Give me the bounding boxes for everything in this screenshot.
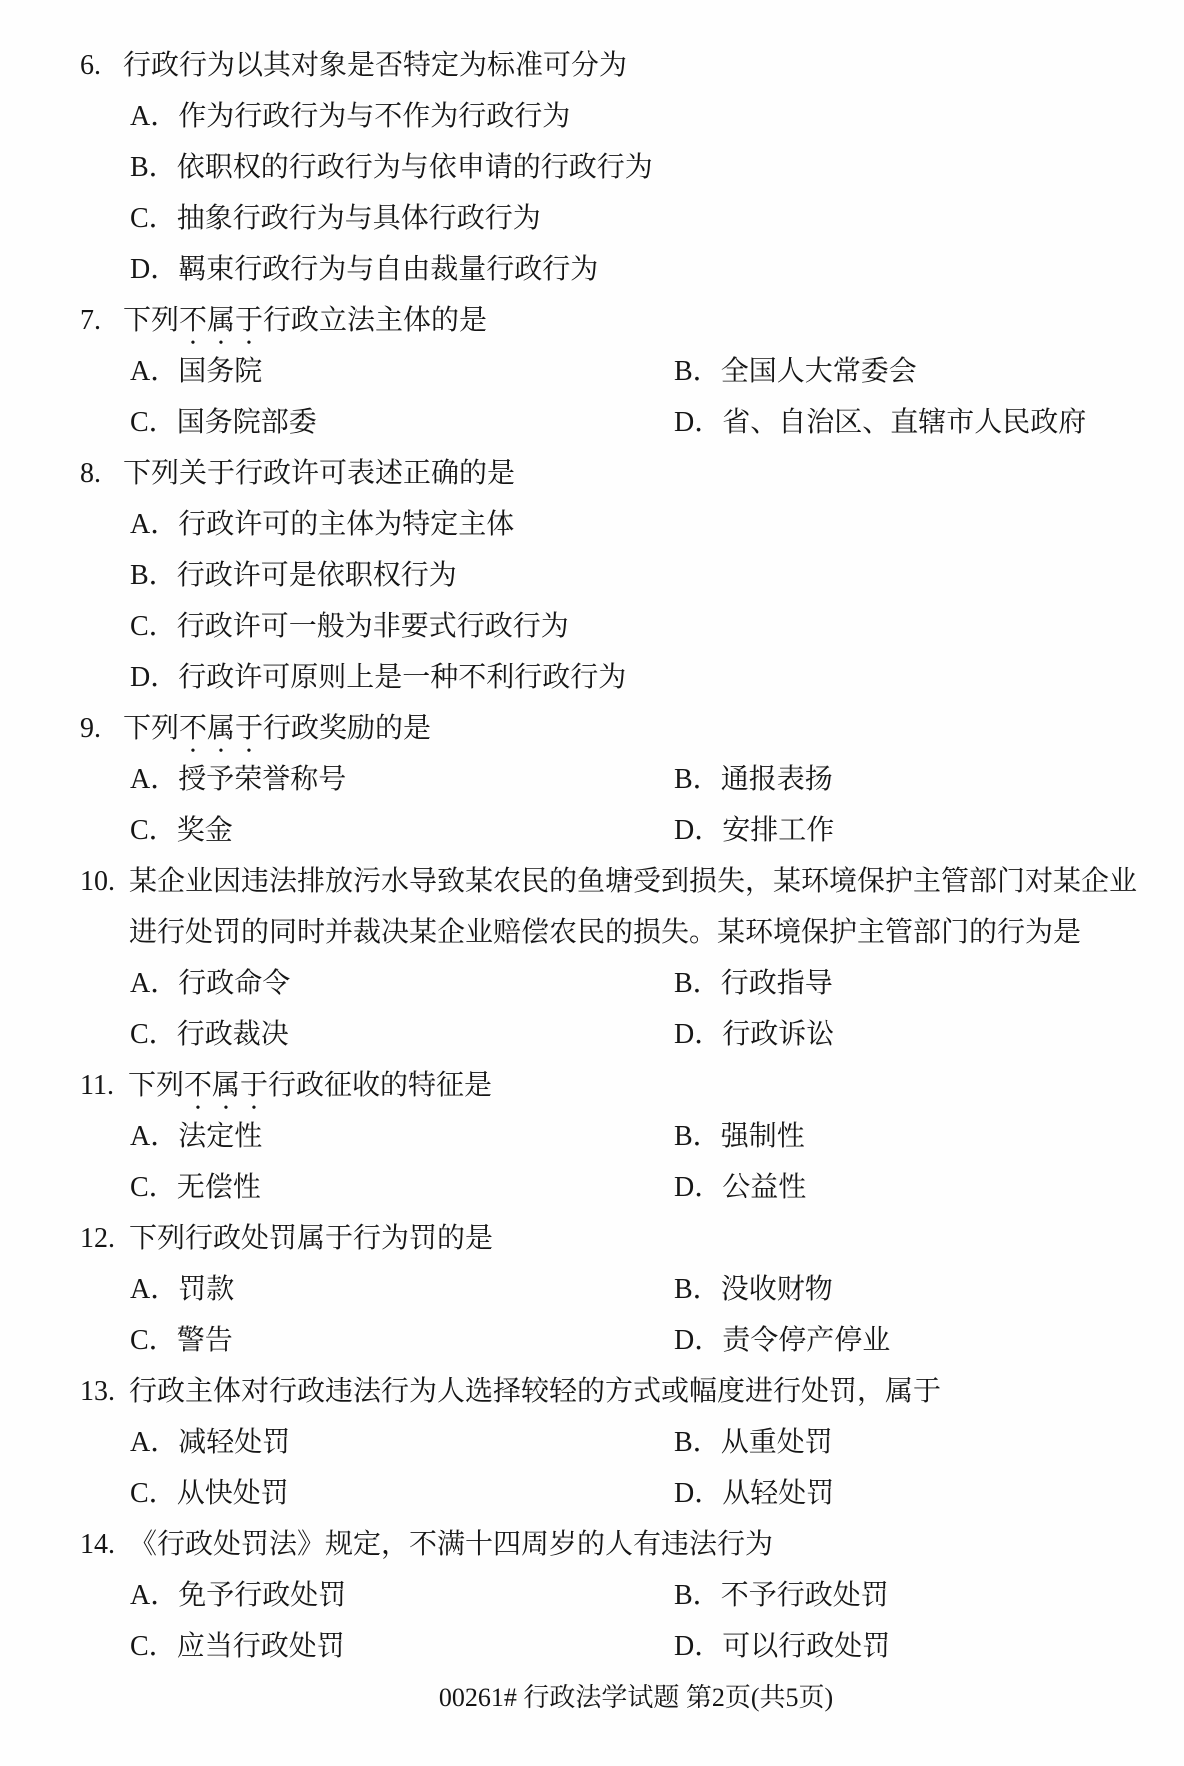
- option-text: 依职权的行政行为与依申请的行政行为: [177, 152, 653, 183]
- option-row: A．作为行政行为与不作为行政行为: [130, 91, 1148, 142]
- option-text: 强制性: [721, 1121, 805, 1152]
- text-segment: 下列: [123, 305, 179, 336]
- option-text: 法定性: [178, 1121, 262, 1152]
- question-item: 8.下列关于行政许可表述正确的是A．行政许可的主体为特定主体B．行政许可是依职权…: [80, 448, 1148, 703]
- answer-option: B．依职权的行政行为与依申请的行政行为: [130, 142, 1148, 193]
- option-label: D．: [130, 652, 178, 703]
- question-text: 下列行政处罚属于行为罚的是: [129, 1213, 1148, 1264]
- question-stem: 13.行政主体对行政违法行为人选择较轻的方式或幅度进行处罚，属于: [80, 1366, 1148, 1417]
- option-row: A．行政许可的主体为特定主体: [130, 499, 1148, 550]
- answer-option: B．从重处罚: [674, 1417, 1148, 1468]
- option-label: A．: [130, 958, 178, 1009]
- option-label: B．: [674, 1111, 721, 1162]
- question-item: 10.某企业因违法排放污水导致某农民的鱼塘受到损失，某环境保护主管部门对某企业进…: [80, 856, 1148, 1060]
- answer-option: A．罚款: [130, 1264, 674, 1315]
- question-text: 下列关于行政许可表述正确的是: [123, 448, 1148, 499]
- option-text: 行政命令: [178, 968, 290, 999]
- option-text: 从轻处罚: [722, 1478, 834, 1509]
- option-label: D．: [674, 1315, 722, 1366]
- options-block: A．法定性B．强制性C．无偿性D．公益性: [130, 1111, 1148, 1213]
- option-text: 警告: [177, 1325, 233, 1356]
- question-item: 7.下列不属于行政立法主体的是A．国务院B．全国人大常委会C．国务院部委D．省、…: [80, 295, 1148, 448]
- answer-option: A．行政许可的主体为特定主体: [130, 499, 1148, 550]
- option-row: C．从快处罚D．从轻处罚: [130, 1468, 1148, 1519]
- option-text: 没收财物: [721, 1274, 833, 1305]
- answer-option: D．省、自治区、直辖市人民政府: [674, 397, 1148, 448]
- option-text: 从快处罚: [177, 1478, 289, 1509]
- text-segment: 《行政处罚法》规定，不满十四周岁的人有违法行为: [129, 1529, 773, 1560]
- question-text: 下列不属于行政征收的特征是: [128, 1060, 1148, 1111]
- question-stem: 10.某企业因违法排放污水导致某农民的鱼塘受到损失，某环境保护主管部门对某企业进…: [80, 856, 1148, 958]
- text-segment: 行政奖励的是: [263, 713, 431, 744]
- question-stem: 7.下列不属于行政立法主体的是: [80, 295, 1148, 346]
- option-text: 安排工作: [722, 815, 834, 846]
- answer-option: C．应当行政处罚: [130, 1621, 674, 1672]
- question-number: 9.: [80, 703, 123, 754]
- text-segment: 下列: [128, 1070, 184, 1101]
- option-row: A．罚款B．没收财物: [130, 1264, 1148, 1315]
- option-label: C．: [130, 601, 177, 652]
- option-label: C．: [130, 193, 177, 244]
- option-label: A．: [130, 1264, 178, 1315]
- question-stem: 8.下列关于行政许可表述正确的是: [80, 448, 1148, 499]
- answer-option: D．从轻处罚: [674, 1468, 1148, 1519]
- question-stem: 14.《行政处罚法》规定，不满十四周岁的人有违法行为: [80, 1519, 1148, 1570]
- question-text-line: 下列不属于行政奖励的是: [123, 703, 1148, 754]
- question-number: 6.: [80, 40, 123, 91]
- answer-option: A．作为行政行为与不作为行政行为: [130, 91, 1148, 142]
- option-label: D．: [674, 1621, 722, 1672]
- option-text: 行政裁决: [177, 1019, 289, 1050]
- answer-option: C．行政许可一般为非要式行政行为: [130, 601, 1148, 652]
- text-segment: 行政立法主体的是: [263, 305, 487, 336]
- option-label: D．: [674, 805, 722, 856]
- page-footer: 00261# 行政法学试题 第2页(共5页): [80, 1672, 1148, 1723]
- option-row: D．行政许可原则上是一种不利行政行为: [130, 652, 1148, 703]
- option-label: B．: [130, 142, 177, 193]
- option-text: 公益性: [722, 1172, 806, 1203]
- question-item: 14.《行政处罚法》规定，不满十四周岁的人有违法行为A．免予行政处罚B．不予行政…: [80, 1519, 1148, 1672]
- option-row: A．减轻处罚B．从重处罚: [130, 1417, 1148, 1468]
- option-label: B．: [130, 550, 177, 601]
- option-label: D．: [674, 1468, 722, 1519]
- option-label: A．: [130, 91, 178, 142]
- option-row: D．羁束行政行为与自由裁量行政行为: [130, 244, 1148, 295]
- text-segment: 某企业因违法排放污水导致某农民的鱼塘受到损失，某环境保护主管部门对某企业: [129, 866, 1137, 897]
- text-segment: 下列: [123, 713, 179, 744]
- answer-option: B．行政指导: [674, 958, 1148, 1009]
- answer-option: D．行政诉讼: [674, 1009, 1148, 1060]
- answer-option: A．国务院: [130, 346, 674, 397]
- question-number: 10.: [80, 856, 129, 907]
- options-block: A．免予行政处罚B．不予行政处罚C．应当行政处罚D．可以行政处罚: [130, 1570, 1148, 1672]
- answer-option: C．行政裁决: [130, 1009, 674, 1060]
- option-row: C．奖金D．安排工作: [130, 805, 1148, 856]
- answer-option: B．强制性: [674, 1111, 1148, 1162]
- options-block: A．作为行政行为与不作为行政行为B．依职权的行政行为与依申请的行政行为C．抽象行…: [130, 91, 1148, 295]
- question-text-line: 下列行政处罚属于行为罚的是: [129, 1213, 1148, 1264]
- question-item: 12.下列行政处罚属于行为罚的是A．罚款B．没收财物C．警告D．责令停产停业: [80, 1213, 1148, 1366]
- options-block: A．授予荣誉称号B．通报表扬C．奖金D．安排工作: [130, 754, 1148, 856]
- option-text: 责令停产停业: [722, 1325, 890, 1356]
- option-label: A．: [130, 499, 178, 550]
- question-item: 6.行政行为以其对象是否特定为标准可分为A．作为行政行为与不作为行政行为B．依职…: [80, 40, 1148, 295]
- option-text: 全国人大常委会: [721, 356, 917, 387]
- option-text: 羁束行政行为与自由裁量行政行为: [178, 254, 598, 285]
- option-text: 应当行政处罚: [177, 1631, 345, 1662]
- option-row: A．行政命令B．行政指导: [130, 958, 1148, 1009]
- option-text: 授予荣誉称号: [178, 764, 346, 795]
- question-stem: 6.行政行为以其对象是否特定为标准可分为: [80, 40, 1148, 91]
- options-block: A．减轻处罚B．从重处罚C．从快处罚D．从轻处罚: [130, 1417, 1148, 1519]
- option-label: C．: [130, 1468, 177, 1519]
- question-text-line: 进行处罚的同时并裁决某企业赔偿农民的损失。某环境保护主管部门的行为是: [129, 907, 1148, 958]
- answer-option: B．不予行政处罚: [674, 1570, 1148, 1621]
- option-label: D．: [130, 244, 178, 295]
- question-text-line: 下列关于行政许可表述正确的是: [123, 448, 1148, 499]
- option-label: B．: [674, 1570, 721, 1621]
- answer-option: B．全国人大常委会: [674, 346, 1148, 397]
- exam-page: 6.行政行为以其对象是否特定为标准可分为A．作为行政行为与不作为行政行为B．依职…: [0, 0, 1184, 1766]
- option-label: C．: [130, 1621, 177, 1672]
- question-item: 9.下列不属于行政奖励的是A．授予荣誉称号B．通报表扬C．奖金D．安排工作: [80, 703, 1148, 856]
- answer-option: C．抽象行政行为与具体行政行为: [130, 193, 1148, 244]
- option-text: 行政指导: [721, 968, 833, 999]
- option-text: 抽象行政行为与具体行政行为: [177, 203, 541, 234]
- options-block: A．罚款B．没收财物C．警告D．责令停产停业: [130, 1264, 1148, 1366]
- answer-option: D．责令停产停业: [674, 1315, 1148, 1366]
- answer-option: D．安排工作: [674, 805, 1148, 856]
- text-segment: 行政征收的特征是: [268, 1070, 492, 1101]
- option-row: C．行政许可一般为非要式行政行为: [130, 601, 1148, 652]
- answer-option: D．公益性: [674, 1162, 1148, 1213]
- option-text: 可以行政处罚: [722, 1631, 890, 1662]
- option-row: C．抽象行政行为与具体行政行为: [130, 193, 1148, 244]
- options-block: A．国务院B．全国人大常委会C．国务院部委D．省、自治区、直辖市人民政府: [130, 346, 1148, 448]
- question-stem: 12.下列行政处罚属于行为罚的是: [80, 1213, 1148, 1264]
- question-stem: 9.下列不属于行政奖励的是: [80, 703, 1148, 754]
- option-text: 省、自治区、直辖市人民政府: [722, 407, 1086, 438]
- option-row: B．行政许可是依职权行为: [130, 550, 1148, 601]
- answer-option: D．行政许可原则上是一种不利行政行为: [130, 652, 1148, 703]
- option-text: 不予行政处罚: [721, 1580, 889, 1611]
- option-label: B．: [674, 346, 721, 397]
- option-text: 减轻处罚: [178, 1427, 290, 1458]
- answer-option: C．国务院部委: [130, 397, 674, 448]
- emphasized-text: 不属于: [184, 1070, 268, 1101]
- option-label: A．: [130, 1570, 178, 1621]
- answer-option: B．通报表扬: [674, 754, 1148, 805]
- answer-option: D．可以行政处罚: [674, 1621, 1148, 1672]
- option-text: 罚款: [178, 1274, 234, 1305]
- option-label: D．: [674, 1162, 722, 1213]
- option-row: C．应当行政处罚D．可以行政处罚: [130, 1621, 1148, 1672]
- question-number: 8.: [80, 448, 123, 499]
- question-text-line: 行政主体对行政违法行为人选择较轻的方式或幅度进行处罚，属于: [129, 1366, 1148, 1417]
- answer-option: C．无偿性: [130, 1162, 674, 1213]
- option-label: C．: [130, 805, 177, 856]
- option-label: B．: [674, 754, 721, 805]
- question-number: 7.: [80, 295, 123, 346]
- question-text: 下列不属于行政立法主体的是: [123, 295, 1148, 346]
- option-label: A．: [130, 1111, 178, 1162]
- question-number: 11.: [80, 1060, 128, 1111]
- option-text: 作为行政行为与不作为行政行为: [178, 101, 570, 132]
- text-segment: 行政主体对行政违法行为人选择较轻的方式或幅度进行处罚，属于: [129, 1376, 941, 1407]
- option-label: B．: [674, 958, 721, 1009]
- question-text: 行政主体对行政违法行为人选择较轻的方式或幅度进行处罚，属于: [129, 1366, 1148, 1417]
- option-label: C．: [130, 1162, 177, 1213]
- option-row: A．授予荣誉称号B．通报表扬: [130, 754, 1148, 805]
- question-text-line: 某企业因违法排放污水导致某农民的鱼塘受到损失，某环境保护主管部门对某企业: [129, 856, 1148, 907]
- answer-option: A．授予荣誉称号: [130, 754, 674, 805]
- question-text-line: 下列不属于行政征收的特征是: [128, 1060, 1148, 1111]
- question-number: 12.: [80, 1213, 129, 1264]
- option-row: C．无偿性D．公益性: [130, 1162, 1148, 1213]
- answer-option: C．从快处罚: [130, 1468, 674, 1519]
- question-item: 11.下列不属于行政征收的特征是A．法定性B．强制性C．无偿性D．公益性: [80, 1060, 1148, 1213]
- text-segment: 行政行为以其对象是否特定为标准可分为: [123, 50, 627, 81]
- text-segment: 进行处罚的同时并裁决某企业赔偿农民的损失。某环境保护主管部门的行为是: [129, 917, 1081, 948]
- question-list: 6.行政行为以其对象是否特定为标准可分为A．作为行政行为与不作为行政行为B．依职…: [80, 40, 1148, 1672]
- question-text-line: 《行政处罚法》规定，不满十四周岁的人有违法行为: [129, 1519, 1148, 1570]
- option-text: 通报表扬: [721, 764, 833, 795]
- option-row: C．警告D．责令停产停业: [130, 1315, 1148, 1366]
- question-text-line: 行政行为以其对象是否特定为标准可分为: [123, 40, 1148, 91]
- emphasized-text: 不属于: [179, 305, 263, 336]
- question-text-line: 下列不属于行政立法主体的是: [123, 295, 1148, 346]
- option-text: 国务院部委: [177, 407, 317, 438]
- option-text: 免予行政处罚: [178, 1580, 346, 1611]
- answer-option: A．行政命令: [130, 958, 674, 1009]
- option-row: A．国务院B．全国人大常委会: [130, 346, 1148, 397]
- option-row: C．行政裁决D．行政诉讼: [130, 1009, 1148, 1060]
- option-text: 行政许可是依职权行为: [177, 560, 457, 591]
- option-row: A．免予行政处罚B．不予行政处罚: [130, 1570, 1148, 1621]
- option-label: C．: [130, 1009, 177, 1060]
- option-label: B．: [674, 1417, 721, 1468]
- option-text: 行政许可一般为非要式行政行为: [177, 611, 569, 642]
- option-text: 行政许可原则上是一种不利行政行为: [178, 662, 626, 693]
- question-text: 《行政处罚法》规定，不满十四周岁的人有违法行为: [129, 1519, 1148, 1570]
- option-text: 奖金: [177, 815, 233, 846]
- answer-option: C．警告: [130, 1315, 674, 1366]
- text-segment: 下列关于行政许可表述正确的是: [123, 458, 515, 489]
- option-label: A．: [130, 1417, 178, 1468]
- option-text: 无偿性: [177, 1172, 261, 1203]
- question-text: 行政行为以其对象是否特定为标准可分为: [123, 40, 1148, 91]
- answer-option: C．奖金: [130, 805, 674, 856]
- question-number: 13.: [80, 1366, 129, 1417]
- option-text: 国务院: [178, 356, 262, 387]
- option-row: A．法定性B．强制性: [130, 1111, 1148, 1162]
- option-label: C．: [130, 1315, 177, 1366]
- answer-option: A．减轻处罚: [130, 1417, 674, 1468]
- option-row: B．依职权的行政行为与依申请的行政行为: [130, 142, 1148, 193]
- answer-option: A．法定性: [130, 1111, 674, 1162]
- question-stem: 11.下列不属于行政征收的特征是: [80, 1060, 1148, 1111]
- question-number: 14.: [80, 1519, 129, 1570]
- answer-option: D．羁束行政行为与自由裁量行政行为: [130, 244, 1148, 295]
- answer-option: B．没收财物: [674, 1264, 1148, 1315]
- option-text: 从重处罚: [721, 1427, 833, 1458]
- option-label: A．: [130, 346, 178, 397]
- option-label: D．: [674, 397, 722, 448]
- answer-option: B．行政许可是依职权行为: [130, 550, 1148, 601]
- text-segment: 下列行政处罚属于行为罚的是: [129, 1223, 493, 1254]
- option-label: B．: [674, 1264, 721, 1315]
- options-block: A．行政命令B．行政指导C．行政裁决D．行政诉讼: [130, 958, 1148, 1060]
- options-block: A．行政许可的主体为特定主体B．行政许可是依职权行为C．行政许可一般为非要式行政…: [130, 499, 1148, 703]
- option-text: 行政许可的主体为特定主体: [178, 509, 514, 540]
- option-row: C．国务院部委D．省、自治区、直辖市人民政府: [130, 397, 1148, 448]
- option-label: A．: [130, 754, 178, 805]
- emphasized-text: 不属于: [179, 713, 263, 744]
- option-label: C．: [130, 397, 177, 448]
- answer-option: A．免予行政处罚: [130, 1570, 674, 1621]
- option-text: 行政诉讼: [722, 1019, 834, 1050]
- question-item: 13.行政主体对行政违法行为人选择较轻的方式或幅度进行处罚，属于A．减轻处罚B．…: [80, 1366, 1148, 1519]
- option-label: D．: [674, 1009, 722, 1060]
- question-text: 下列不属于行政奖励的是: [123, 703, 1148, 754]
- question-text: 某企业因违法排放污水导致某农民的鱼塘受到损失，某环境保护主管部门对某企业进行处罚…: [129, 856, 1148, 958]
